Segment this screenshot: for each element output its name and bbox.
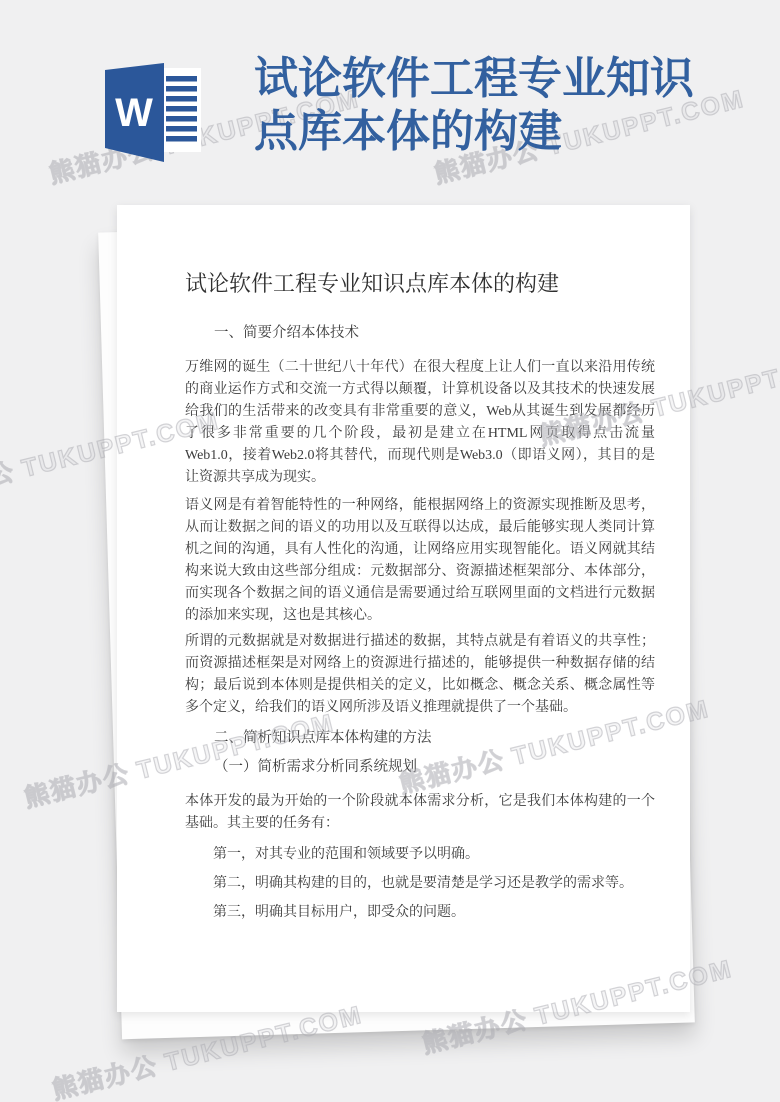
word-icon-svg: W <box>103 60 203 166</box>
doc-title: 试论软件工程专业知识点库本体的构建 <box>185 269 655 299</box>
word-icon-letter: W <box>115 91 153 135</box>
page-title-line2: 点库本体的构建 <box>254 105 694 158</box>
list-item-2: 第二，明确其构建的目的，也就是要清楚是学习还是教学的需求等。 <box>185 873 655 895</box>
paragraph-1: 万维网的诞生（二十世纪八十年代）在很大程度上让人们一直以来沿用传统的商业运作方式… <box>185 357 655 489</box>
section-heading-1: 一、简要介绍本体技术 <box>185 323 655 343</box>
word-icon: W <box>103 60 203 166</box>
paragraph-2: 语义网是有着智能特性的一种网络，能根据网络上的资源实现推断及思考，从而让数据之间… <box>185 495 655 627</box>
section-subheading: （一）简析需求分析同系统规划 <box>185 757 655 777</box>
page-title: 试论软件工程专业知识 点库本体的构建 <box>254 52 694 158</box>
page-title-line1: 试论软件工程专业知识 <box>254 52 694 105</box>
watermark-cjk: 熊猫办公 <box>49 1052 161 1102</box>
list-item-1: 第一，对其专业的范围和领域要予以明确。 <box>185 844 655 866</box>
paragraph-3: 所谓的元数据就是对数据进行描述的数据，其特点就是有着语义的共享性；而资源描述框架… <box>185 631 655 719</box>
section-heading-2: 二、简析知识点库本体构建的方法 <box>185 728 655 748</box>
list-item-3: 第三，明确其目标用户，即受众的问题。 <box>185 902 655 924</box>
paragraph-4: 本体开发的最为开始的一个阶段就本体需求分析，它是我们本体构建的一个基础。其主要的… <box>185 791 655 835</box>
header: W 试论软件工程专业知识 点库本体的构建 <box>0 0 780 200</box>
watermark-cjk: 熊猫办公 <box>0 458 18 511</box>
document-page: 试论软件工程专业知识点库本体的构建 一、简要介绍本体技术 万维网的诞生（二十世纪… <box>117 205 690 1012</box>
